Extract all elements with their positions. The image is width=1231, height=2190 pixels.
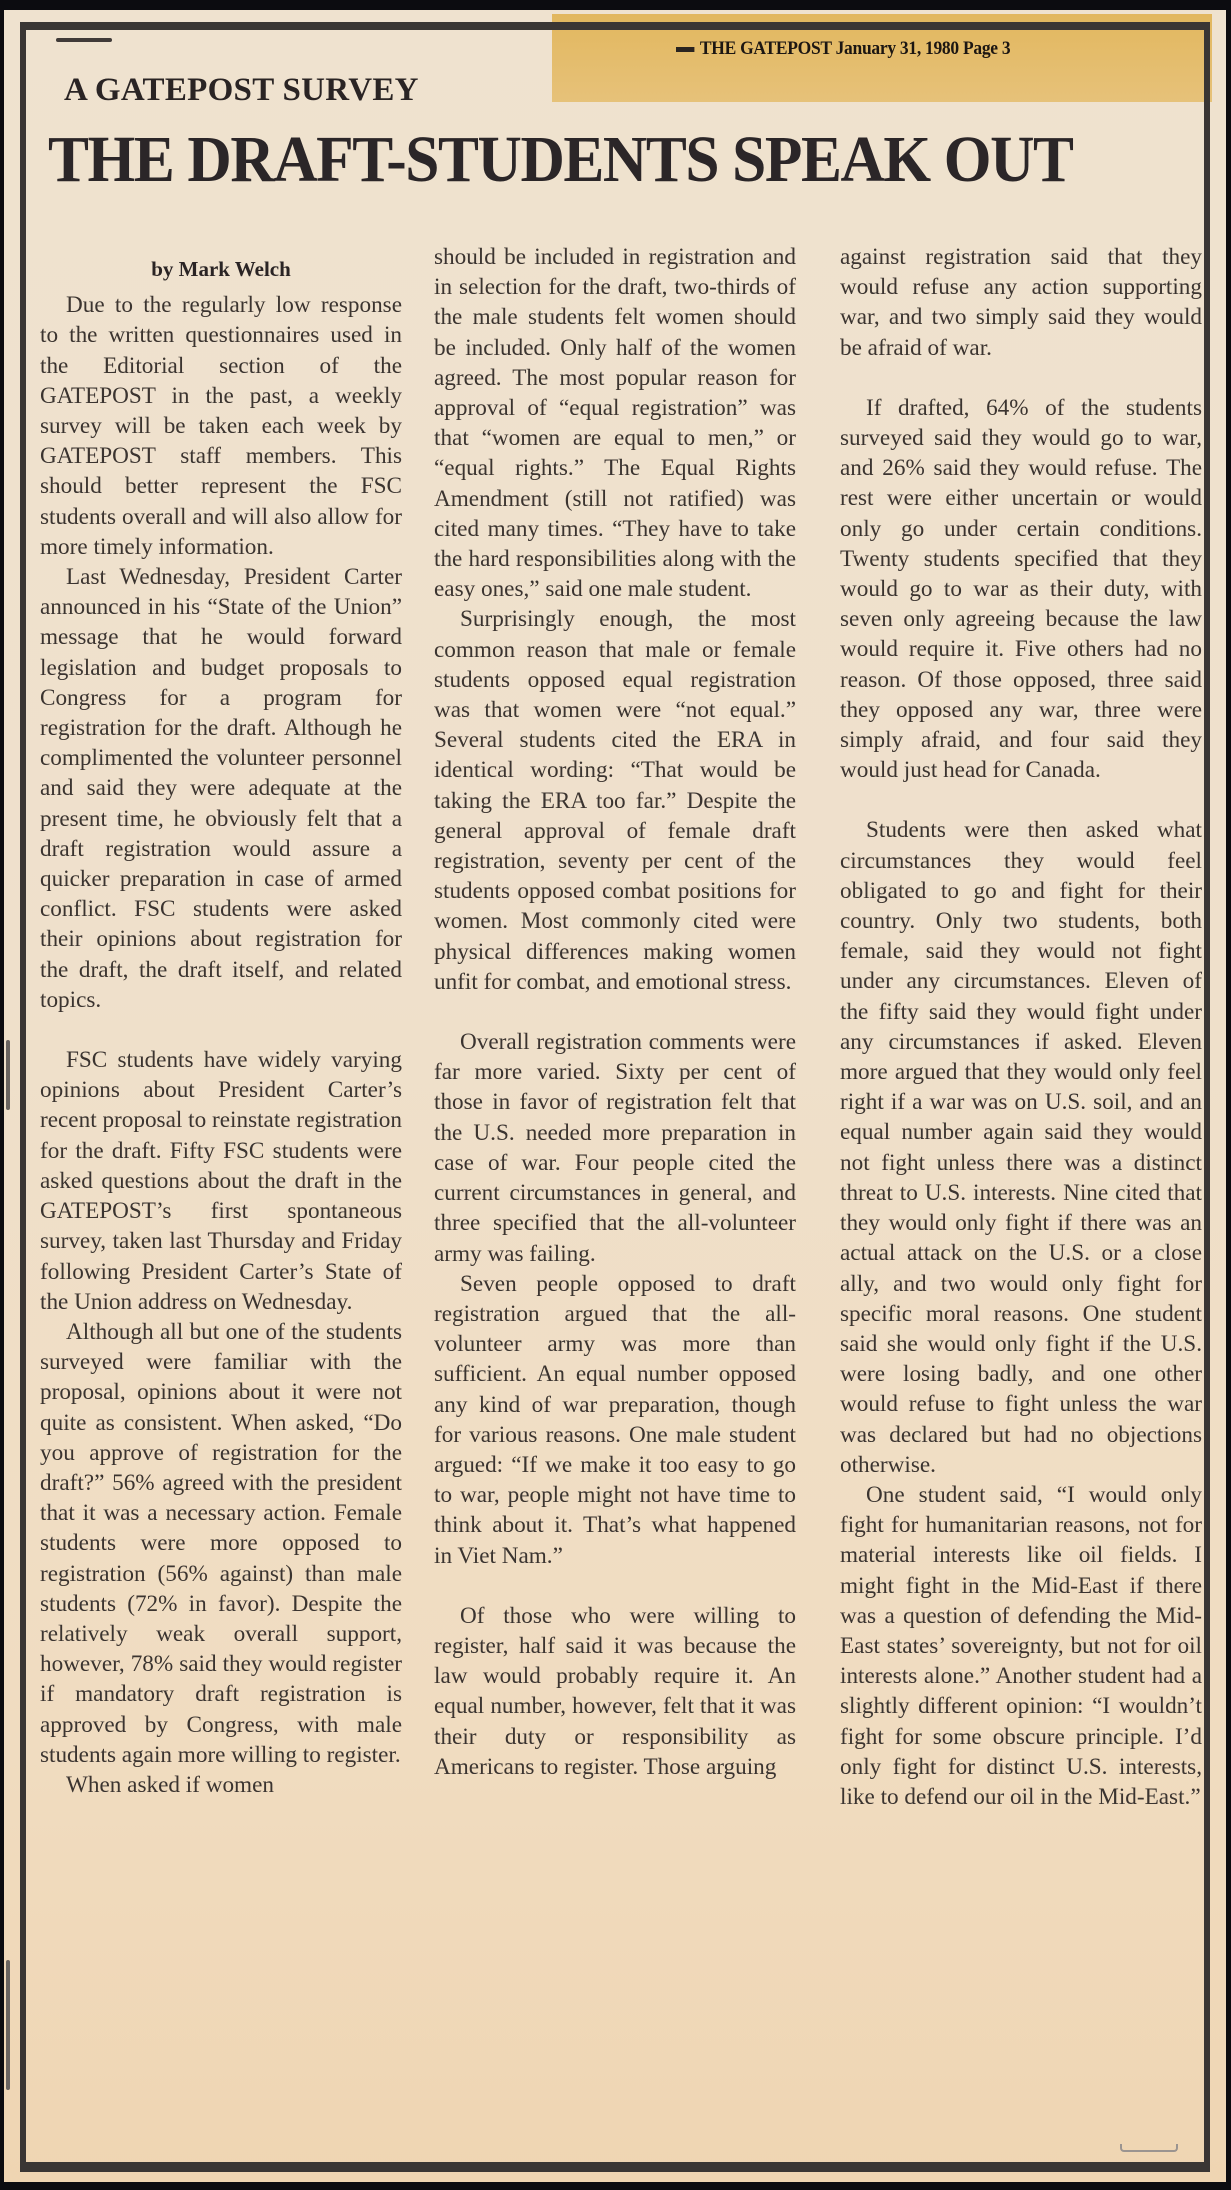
binder-clip-icon	[6, 1960, 10, 2090]
kicker: A GATEPOST SURVEY	[64, 72, 419, 109]
paragraph: against registration said that they woul…	[840, 242, 1202, 363]
byline: by Mark Welch	[40, 254, 402, 284]
paragraph: When asked if women	[40, 1770, 402, 1800]
binder-clip-icon	[6, 1040, 10, 1110]
paragraph: Although all but one of the students sur…	[40, 1317, 402, 1770]
paragraph: Overall registration comments were far m…	[434, 1027, 796, 1269]
staple-icon	[1120, 2144, 1178, 2152]
newspaper-clipping: THE GATEPOST January 31, 1980 Page 3 A G…	[4, 10, 1226, 2182]
section-rule	[56, 38, 112, 42]
column-1: by Mark Welch Due to the regularly low r…	[40, 242, 402, 1800]
paragraph: Of those who were willing to register, h…	[434, 1601, 796, 1782]
paragraph: should be included in registration and i…	[434, 242, 796, 604]
paragraph: Seven people opposed to draft registrati…	[434, 1269, 796, 1571]
paragraph: If drafted, 64% of the students surveyed…	[840, 393, 1202, 786]
headline: THE DRAFT-STUDENTS SPEAK OUT	[48, 122, 1118, 198]
paragraph: Due to the regularly low response to the…	[40, 290, 402, 562]
paragraph: Students were then asked what circumstan…	[840, 815, 1202, 1479]
paragraph: FSC students have widely varying opinion…	[40, 1045, 402, 1317]
paragraph: Last Wednesday, President Carter announc…	[40, 562, 402, 1015]
column-3: against registration said that they woul…	[840, 242, 1202, 1812]
paragraph: Surprisingly enough, the most common rea…	[434, 604, 796, 997]
column-2: should be included in registration and i…	[434, 242, 796, 1782]
paragraph: One student said, “I would only fight fo…	[840, 1480, 1202, 1812]
